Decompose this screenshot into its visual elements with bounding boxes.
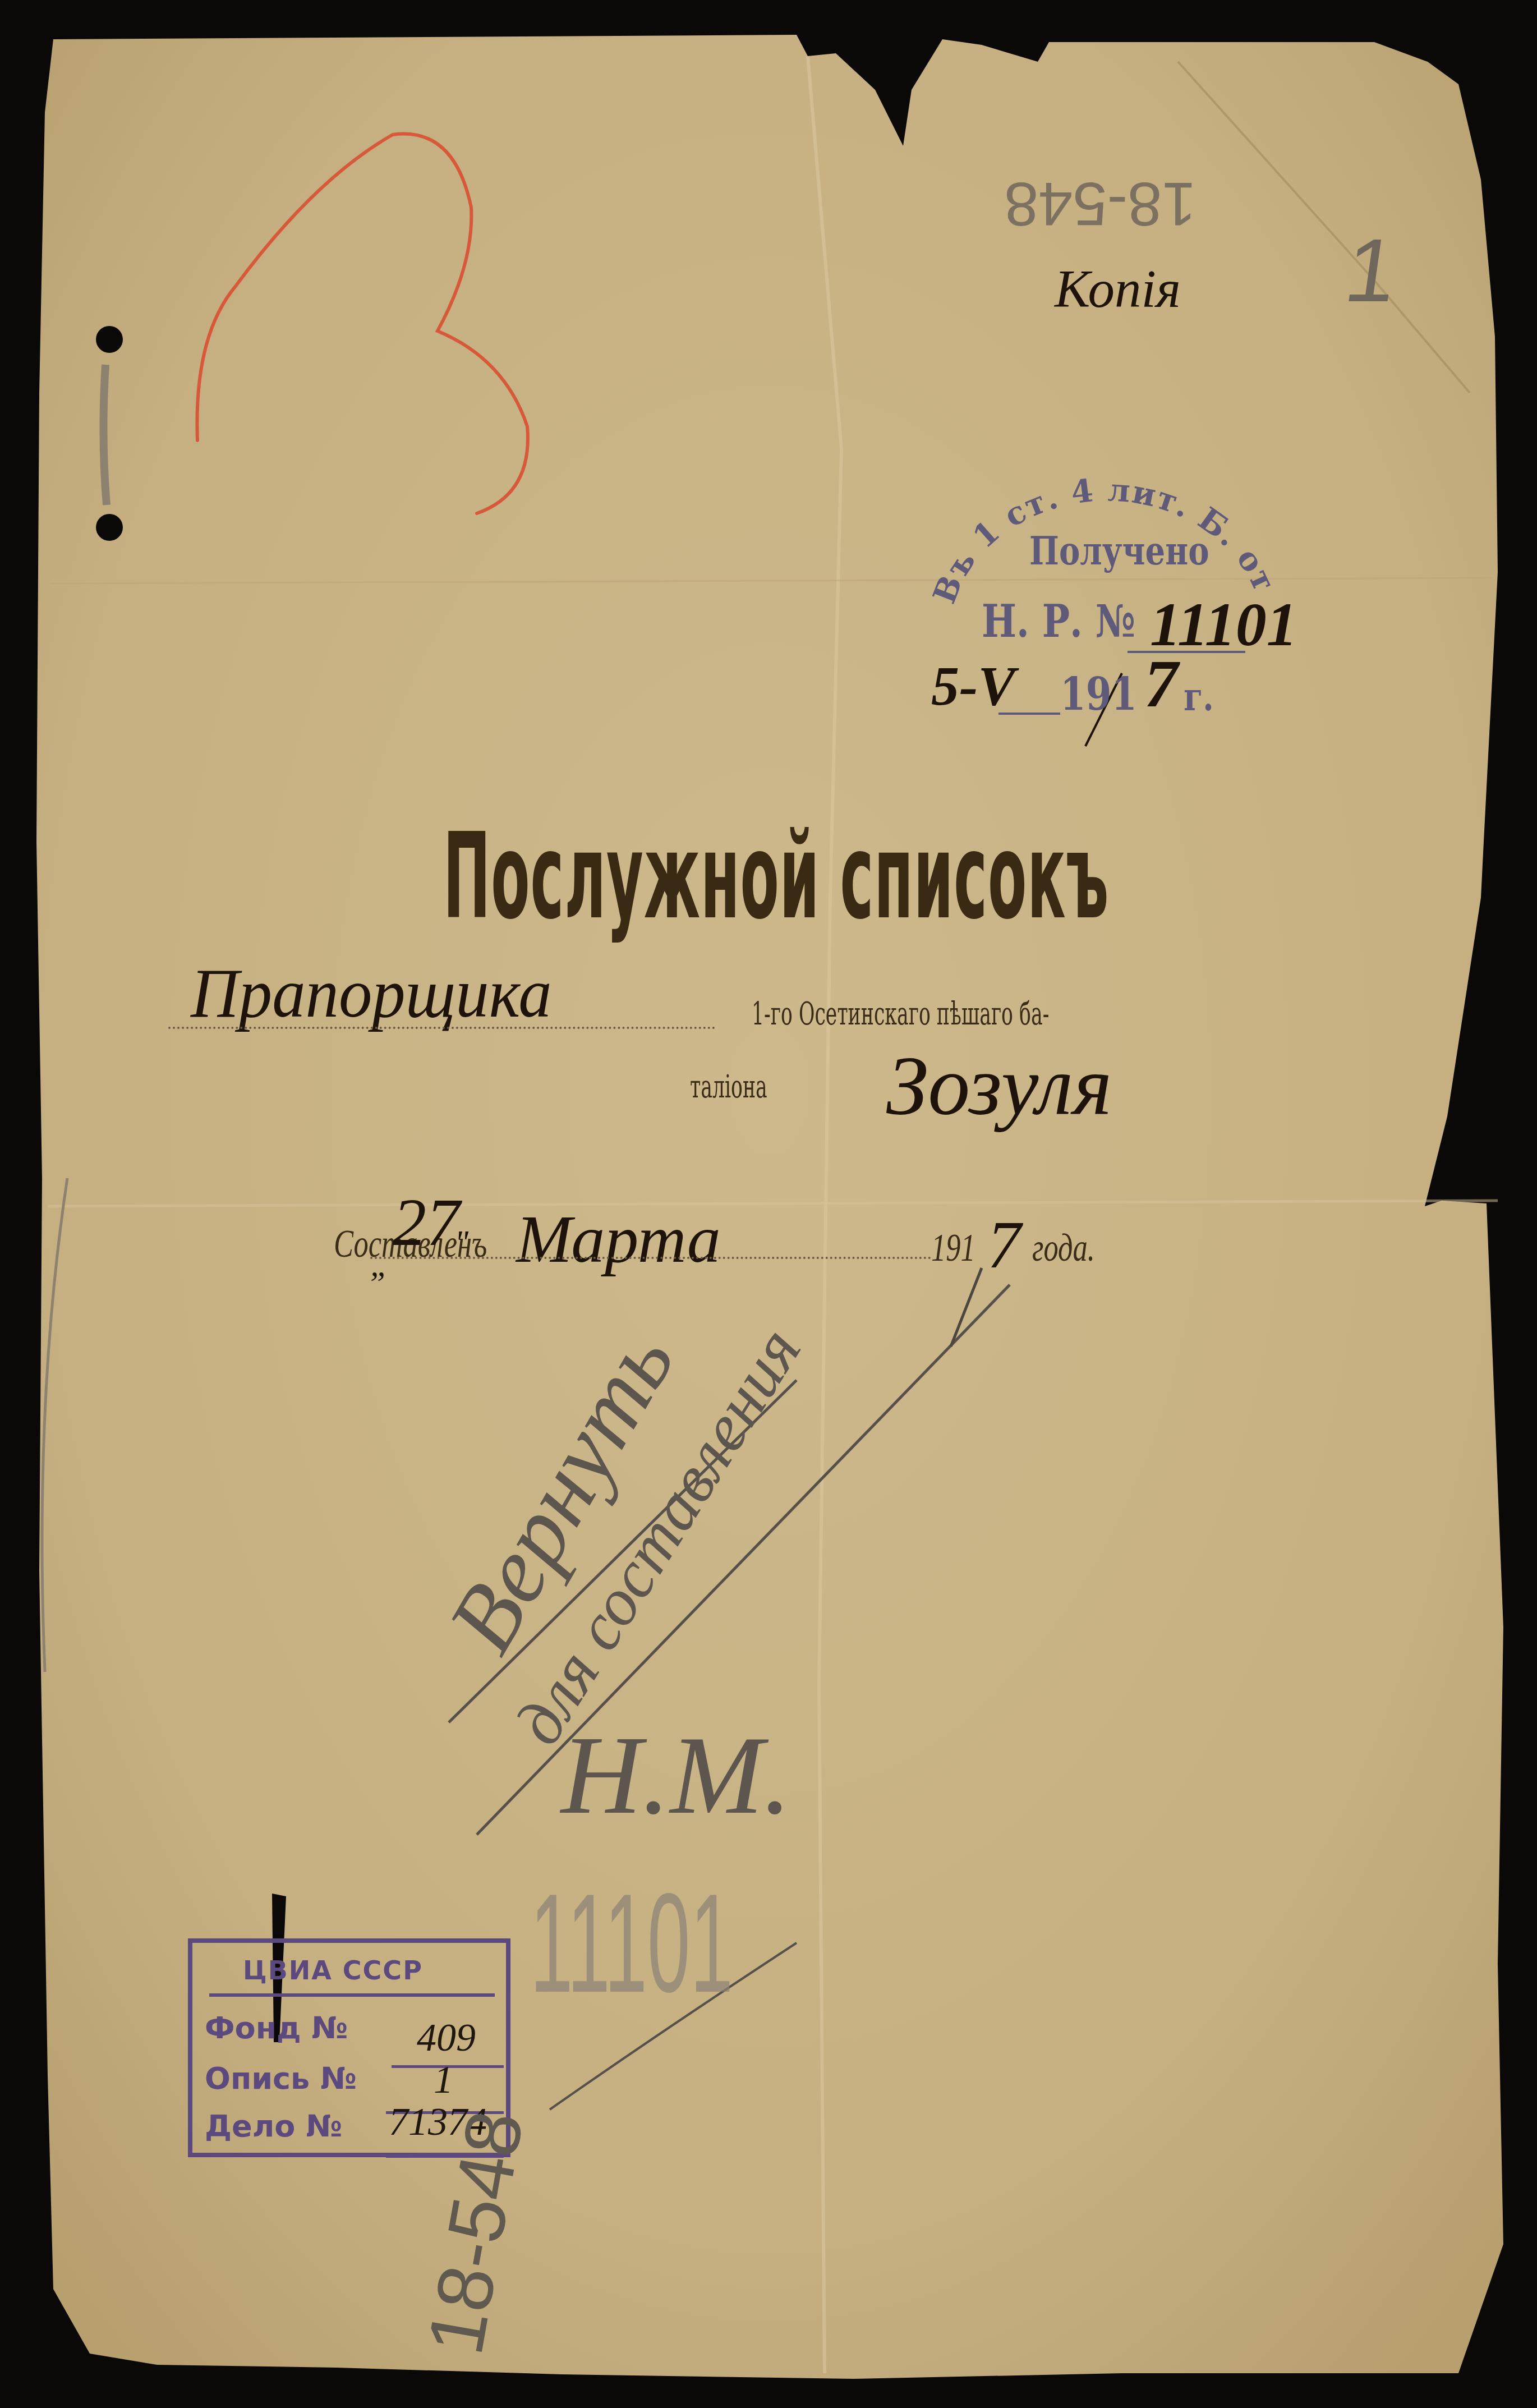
compiled-dotted-line <box>370 1257 931 1259</box>
open-quote: „ <box>370 1246 389 1284</box>
pencil-top-reference: 18-548 <box>1004 168 1197 240</box>
rank-dotted-line <box>168 1027 715 1029</box>
copy-mark: Копія <box>1055 258 1181 320</box>
stamp-date-handwritten: 5-V <box>931 654 1015 718</box>
document-title: Послужной списокъ <box>443 808 739 945</box>
rank-handwritten: Прапорщика <box>191 954 552 1034</box>
stamp-year-suffix: г. <box>1184 673 1214 720</box>
archive-fond-label: Фонд № <box>205 2010 348 2046</box>
surname-handwritten: Зозуля <box>886 1038 1112 1134</box>
archive-opis-label: Опись № <box>205 2061 357 2096</box>
stamp-received-label: Получено <box>1029 527 1209 574</box>
compiled-year-digit: 7 <box>987 1206 1021 1284</box>
compiled-month: Марта <box>516 1201 721 1278</box>
stamp-year-printed: 191 <box>1060 668 1137 720</box>
received-stamp: Въ 1 ст. 4 лит. Б. отд. Получено Н. Р. №… <box>920 460 1279 724</box>
stamp-year-digit: 7 <box>1144 645 1178 723</box>
document-page: 18-548 Копія 1 Въ 1 ст. 4 лит. Б. отд. П… <box>0 0 1537 2408</box>
archive-opis-value: 1 <box>434 2058 453 2103</box>
stamp-number-label: Н. Р. № <box>982 595 1135 647</box>
unit-printed-line1: 1-го Осетинскаго пѣшаго ба- <box>752 996 1049 1032</box>
archive-delo-label: Дело № <box>205 2108 342 2144</box>
unit-printed-line2: таліона <box>690 1069 767 1105</box>
close-quote: " <box>454 1223 468 1262</box>
stamp-date-underline <box>998 713 1060 715</box>
compiled-suffix: года. <box>1032 1226 1095 1271</box>
pencil-middle-number: 11101 <box>530 1863 733 2024</box>
compiled-day: 27 <box>393 1184 460 1261</box>
archive-stamp-header: ЦВИА СССР <box>243 1955 423 1986</box>
archive-stamp-separator <box>209 1993 495 1997</box>
pencil-initials: Н.М. <box>561 1711 791 1840</box>
archive-fond-value: 409 <box>417 2016 476 2061</box>
compiled-year-printed: 191 <box>931 1226 975 1271</box>
